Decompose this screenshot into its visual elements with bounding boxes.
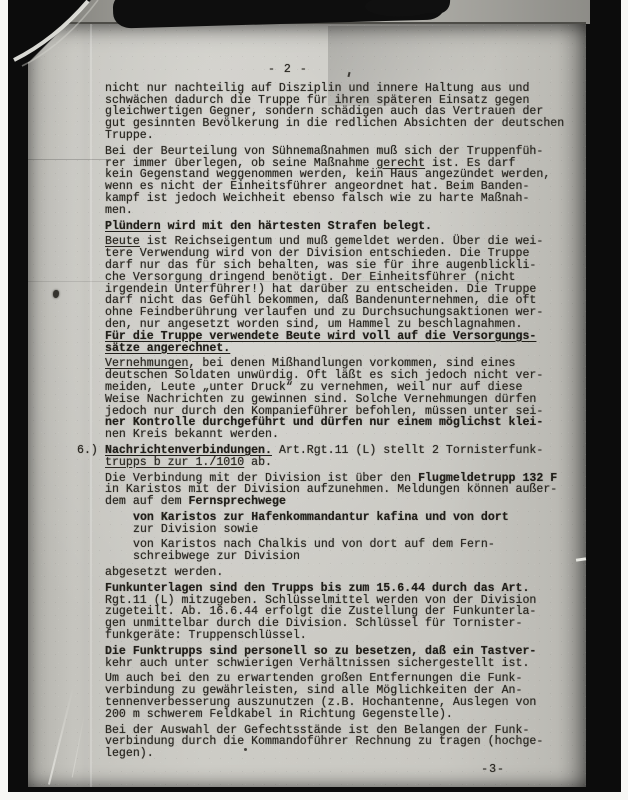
text-line: funkgeräte: Truppenschlüssel.: [105, 630, 573, 642]
text-line: den, nur angesetzt worden sind, um Hamme…: [105, 319, 573, 331]
text-line: kehr auch unter schwierigen Verhältnisse…: [105, 658, 573, 670]
paragraph-division-link: Die Verbindung mit der Division ist über…: [105, 473, 573, 508]
text-line: men.: [105, 205, 573, 217]
text-line: Funkunterlagen sind den Trupps bis zum 1…: [105, 583, 573, 595]
paper-crease-horizontal-upper: [28, 159, 110, 160]
page-curl-highlight: [8, 0, 120, 72]
typed-text-block: - 2 - nicht nur nachteilig auf Disziplin…: [105, 64, 573, 776]
paragraph-booty-rules: Beute ist Reichseigentum und muß gemelde…: [105, 236, 573, 354]
underlined-sentence-supply-credit: sätze angerechnet.: [105, 343, 573, 355]
text-line: che Versorgung dringend benötigt. Der Ei…: [105, 272, 573, 284]
text-line: 200 m schwerem Feldkabel in Richtung Geg…: [105, 709, 573, 721]
document-page: - 2 - nicht nur nachteilig auf Disziplin…: [28, 22, 586, 787]
page-number-bottom: -3-: [105, 764, 573, 776]
bold-word-fernsprechwege: Fernsprechwege: [189, 495, 286, 508]
underlined-sentence-supply-credit: Für die Truppe verwendete Beute wird vol…: [105, 331, 573, 343]
line-plunder-penalty: Plündern wird mit den härtesten Strafen …: [105, 221, 573, 233]
text-line: Truppe.: [105, 130, 573, 142]
text-line: Plündern wird mit den härtesten Strafen …: [105, 221, 573, 233]
text-line: nen Kreis bekannt werden.: [105, 429, 573, 441]
text-line: legen).: [105, 748, 573, 760]
ink-blot: [53, 290, 59, 298]
paragraph-interrogations: Vernehmungen, bei denen Mißhandlungen vo…: [105, 358, 573, 441]
underlined-word-pluendern: Plündern: [105, 220, 161, 233]
text-line: Weise Nachrichten zu gewinnen sind. Solc…: [105, 394, 573, 406]
text-line: von Karistos zur Hafenkommandantur kafin…: [133, 512, 573, 524]
list-item-route-chalkis: von Karistos nach Chalkis und von dort a…: [133, 539, 573, 563]
text-line: gut gesinnten Bevölkerung in die redlich…: [105, 118, 573, 130]
paragraph-command-post-selection: Bei der Auswahl der Gefechtsstände ist d…: [105, 725, 573, 760]
paragraph-reprisal-judgement: Bei der Beurteilung von Sühnemaßnahmen m…: [105, 146, 573, 217]
text-line: schreibwege zur Division: [133, 551, 573, 563]
paragraph-discipline-effects: nicht nur nachteilig auf Disziplin und i…: [105, 83, 573, 142]
text-line: trupps b zur 1./1010 ab.: [105, 457, 573, 469]
paragraph-radio-documents: Funkunterlagen sind den Trupps bis zum 1…: [105, 583, 573, 642]
text-line: kampf ist jedoch Weichheit ebenso falsch…: [105, 193, 573, 205]
section-6-communications-heading: 6.) Nachrichtenverbindungen. Art.Rgt.11 …: [105, 445, 573, 469]
text-line: abgesetzt werden.: [105, 567, 573, 579]
underlined-unit-designation: trupps b zur 1./1010: [105, 456, 244, 469]
paragraph-radio-staffing: Die Funktrupps sind personell so zu bese…: [105, 646, 573, 670]
text-line: verbindung durch die Kommandoführer Rech…: [105, 736, 573, 748]
section-number: 6.): [77, 445, 98, 457]
text-line: zur Division sowie: [133, 524, 573, 536]
text-line: meiden, Leute „unter Druck“ zu vernehmen…: [105, 382, 573, 394]
paper-crease-vertical: [90, 24, 92, 787]
photo-background: - 2 - nicht nur nachteilig auf Disziplin…: [8, 0, 621, 792]
line-transmitted: abgesetzt werden.: [105, 567, 573, 579]
scanned-document-photo: - 2 - nicht nur nachteilig auf Disziplin…: [0, 0, 628, 800]
paragraph-antenna-improvement: Um auch bei den zu erwartenden großen En…: [105, 673, 573, 720]
edge-scratch-mark: [576, 557, 586, 561]
text-line: darf nur das für sich behalten, was sie …: [105, 260, 573, 272]
page-number-top: - 2 -: [268, 64, 573, 76]
text-line: Die Funktrupps sind personell so zu bese…: [105, 646, 573, 658]
text-line: dem auf dem Fernsprechwege: [105, 496, 573, 508]
list-item-route-kafina: von Karistos zur Hafenkommandantur kafin…: [133, 512, 573, 536]
text-line: nicht nur nachteilig auf Disziplin und i…: [105, 83, 573, 95]
